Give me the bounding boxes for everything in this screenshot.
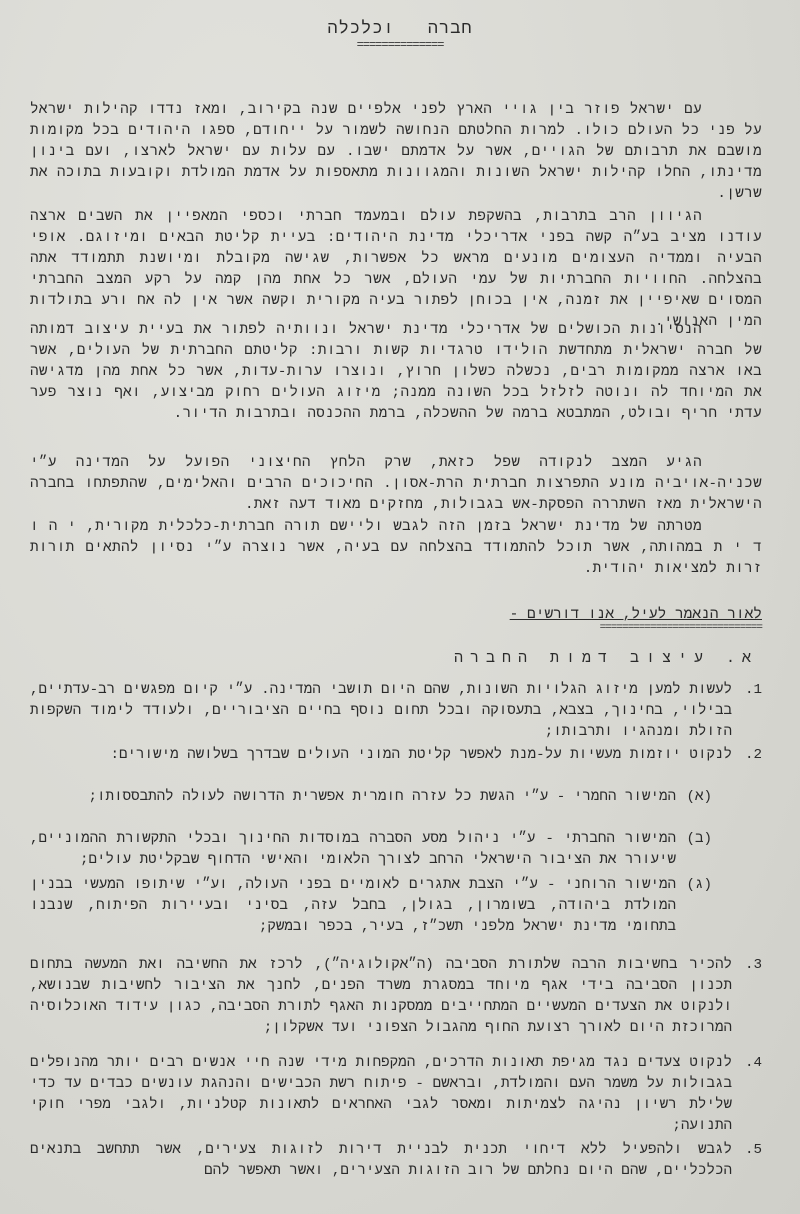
sub-item-label: (ב) xyxy=(686,829,712,850)
title-underline: ============== xyxy=(0,38,800,52)
list-item-number: 5. xyxy=(745,1140,762,1161)
sub-item-label: (א) xyxy=(686,787,712,808)
list-item-text: לנקוט צעדים נגד מגיפת תאונות הדרכים, המק… xyxy=(30,1053,732,1137)
list-item-text: לגבש ולהפעיל ללא דיחוי תכנית לבניית דירו… xyxy=(30,1140,732,1182)
paragraph-2: הגיוון הרב בתרבות, בהשקפת עולם ובמעמד חב… xyxy=(30,207,762,333)
sub-item-label: (ג) xyxy=(686,875,712,896)
list-item-number: 3. xyxy=(745,955,762,976)
demands-heading: לאור הנאמר לעיל, אנו דורשים - xyxy=(510,607,762,623)
list-item: 5. לגבש ולהפעיל ללא דיחוי תכנית לבניית ד… xyxy=(30,1140,762,1182)
list-item-text: להכיר בחשיבות הרבה שלתורת הסביבה (ה״אקול… xyxy=(30,955,732,1039)
list-item-number: 4. xyxy=(745,1053,762,1074)
paragraph-1: עם ישראל פוזר בין גויי הארץ לפני אלפיים … xyxy=(30,100,762,205)
sub-item-text: המישור החמרי - ע״י הגשת כל עזרה חומרית א… xyxy=(30,787,676,808)
list-item: 3. להכיר בחשיבות הרבה שלתורת הסביבה (ה״א… xyxy=(30,955,762,1039)
page-title: חברה וכלכלה xyxy=(0,20,800,39)
sub-item: (ג) המישור הרוחני - ע״י הצבת אתגרים לאומ… xyxy=(30,875,712,938)
sub-item: (ב) המישור החברתי - ע״י ניהול מסע הסברה … xyxy=(30,829,712,871)
demands-heading-underline: ============================= xyxy=(600,622,762,634)
sub-item-text: המישור הרוחני - ע״י הצבת אתגרים לאומיים … xyxy=(30,875,676,938)
list-item-text: לנקוט יוזמות מעשיות על-מנת לאפשר קליטת ה… xyxy=(30,745,732,766)
list-item: 1. לעשות למען מיזוג הגלויות השונות, שהם … xyxy=(30,680,762,743)
sub-item-text: המישור החברתי - ע״י ניהול מסע הסברה במוס… xyxy=(30,829,676,871)
list-item-text: לעשות למען מיזוג הגלויות השונות, שהם היו… xyxy=(30,680,732,743)
paragraph-4: הגיע המצב לנקודה שפל כזאת, שרק הלחץ החיצ… xyxy=(30,453,762,516)
paragraph-5: מטרתה של מדינת ישראל בזמן הזה לגבש ולייש… xyxy=(30,517,762,580)
list-item-number: 1. xyxy=(745,680,762,701)
paragraph-3: הנסיונות הכושלים של אדריכלי מדינת ישראל … xyxy=(30,320,762,425)
sub-item: (א) המישור החמרי - ע״י הגשת כל עזרה חומר… xyxy=(30,787,712,808)
list-item: 4. לנקוט צעדים נגד מגיפת תאונות הדרכים, … xyxy=(30,1053,762,1137)
document-page: חברה וכלכלה ============== עם ישראל פוזר… xyxy=(0,0,800,1214)
section-title: א. עיצוב דמות החברה xyxy=(454,650,758,667)
list-item-number: 2. xyxy=(745,745,762,766)
list-item: 2. לנקוט יוזמות מעשיות על-מנת לאפשר קליט… xyxy=(30,745,762,766)
